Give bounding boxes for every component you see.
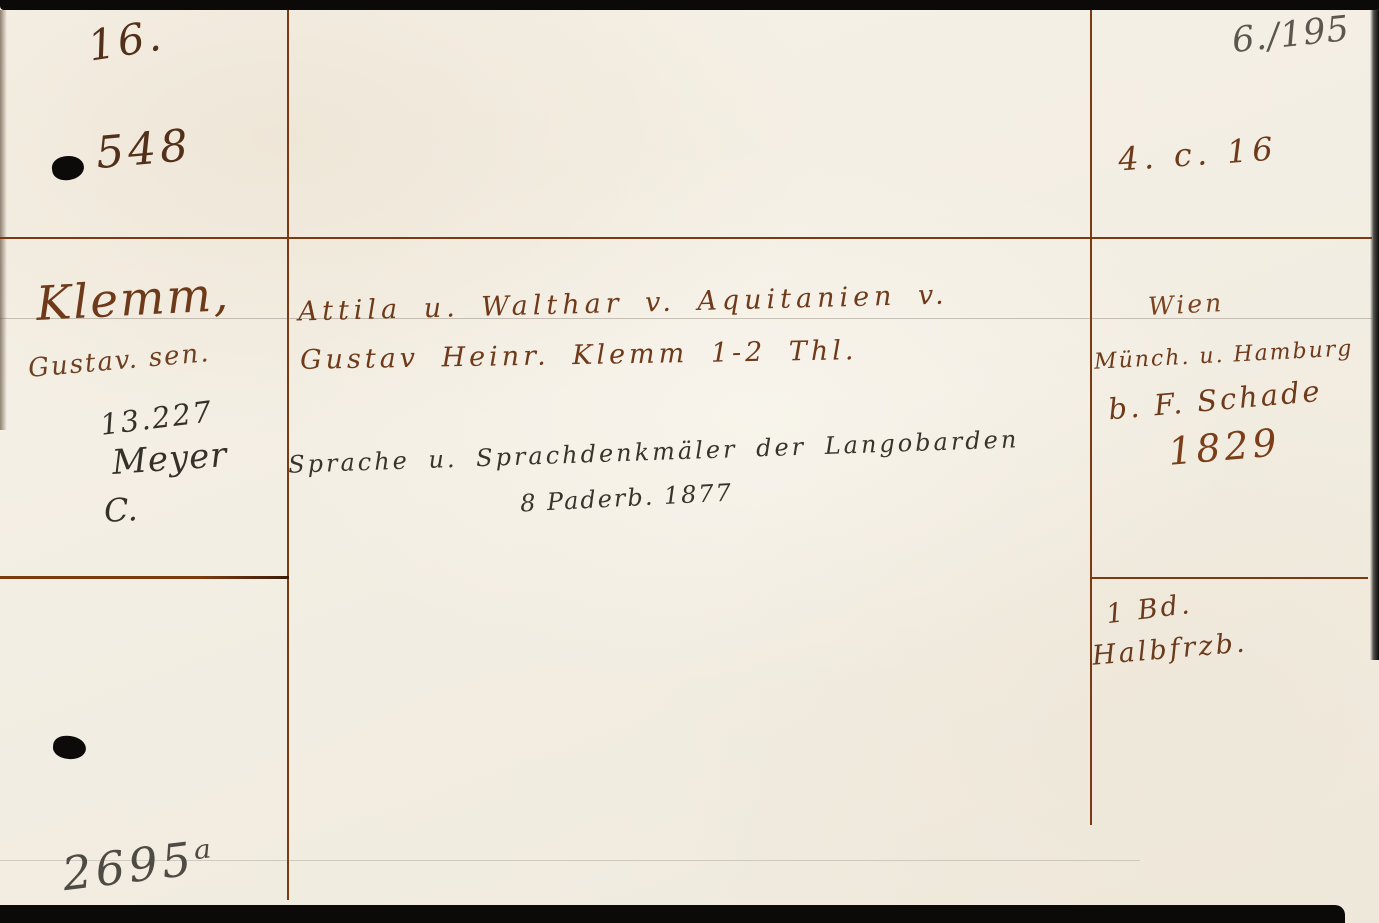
grid-horizontal-top-rule: [0, 237, 1372, 239]
imprint-year: 1829: [1167, 423, 1283, 471]
author-forename: Gustav. sen.: [27, 340, 211, 382]
imprint-publisher: b. F. Schade: [1107, 377, 1324, 425]
second-entry-number: 13.227: [99, 397, 215, 440]
call-number: 4. c. 16: [1117, 132, 1279, 175]
imprint-place-1: Wien: [1147, 290, 1224, 319]
shelf-number: 548: [94, 124, 193, 176]
pencil-accession-number: 6./195: [1230, 12, 1351, 59]
scan-edge-right: [1370, 0, 1379, 660]
grid-vertical-right-rule: [1090, 10, 1092, 825]
second-imprint: 8 Paderb. 1877: [520, 480, 734, 515]
scan-edge-top: [0, 0, 1379, 10]
series-number: 16.: [85, 14, 166, 67]
second-title: Sprache u. Sprachdenkmäler der Langobard…: [288, 427, 1020, 477]
second-author-surname: Meyer: [111, 438, 229, 480]
pencil-inventory-number: 2695ᵃ: [60, 833, 219, 897]
hole-punch-bottom: [52, 734, 87, 760]
catalog-card-scan: 16. 548 6./195 4. c. 16 Klemm, Gustav. s…: [0, 0, 1379, 923]
author-surname: Klemm,: [35, 271, 231, 328]
second-author-initial: C.: [103, 493, 138, 527]
scan-edge-left: [0, 10, 7, 430]
title-line-2: Gustav Heinr. Klemm 1-2 Thl.: [300, 337, 858, 374]
binding-type: Halbfrzb.: [1091, 629, 1248, 669]
binding-volumes: 1 Bd.: [1105, 591, 1194, 628]
hole-punch-top: [50, 154, 85, 182]
scan-edge-bottom: [0, 905, 1345, 923]
grid-horizontal-mid-left-rule: [0, 576, 289, 579]
imprint-place-2: Münch. u. Hamburg: [1094, 338, 1354, 374]
grid-horizontal-mid-right-rule: [1090, 577, 1368, 579]
